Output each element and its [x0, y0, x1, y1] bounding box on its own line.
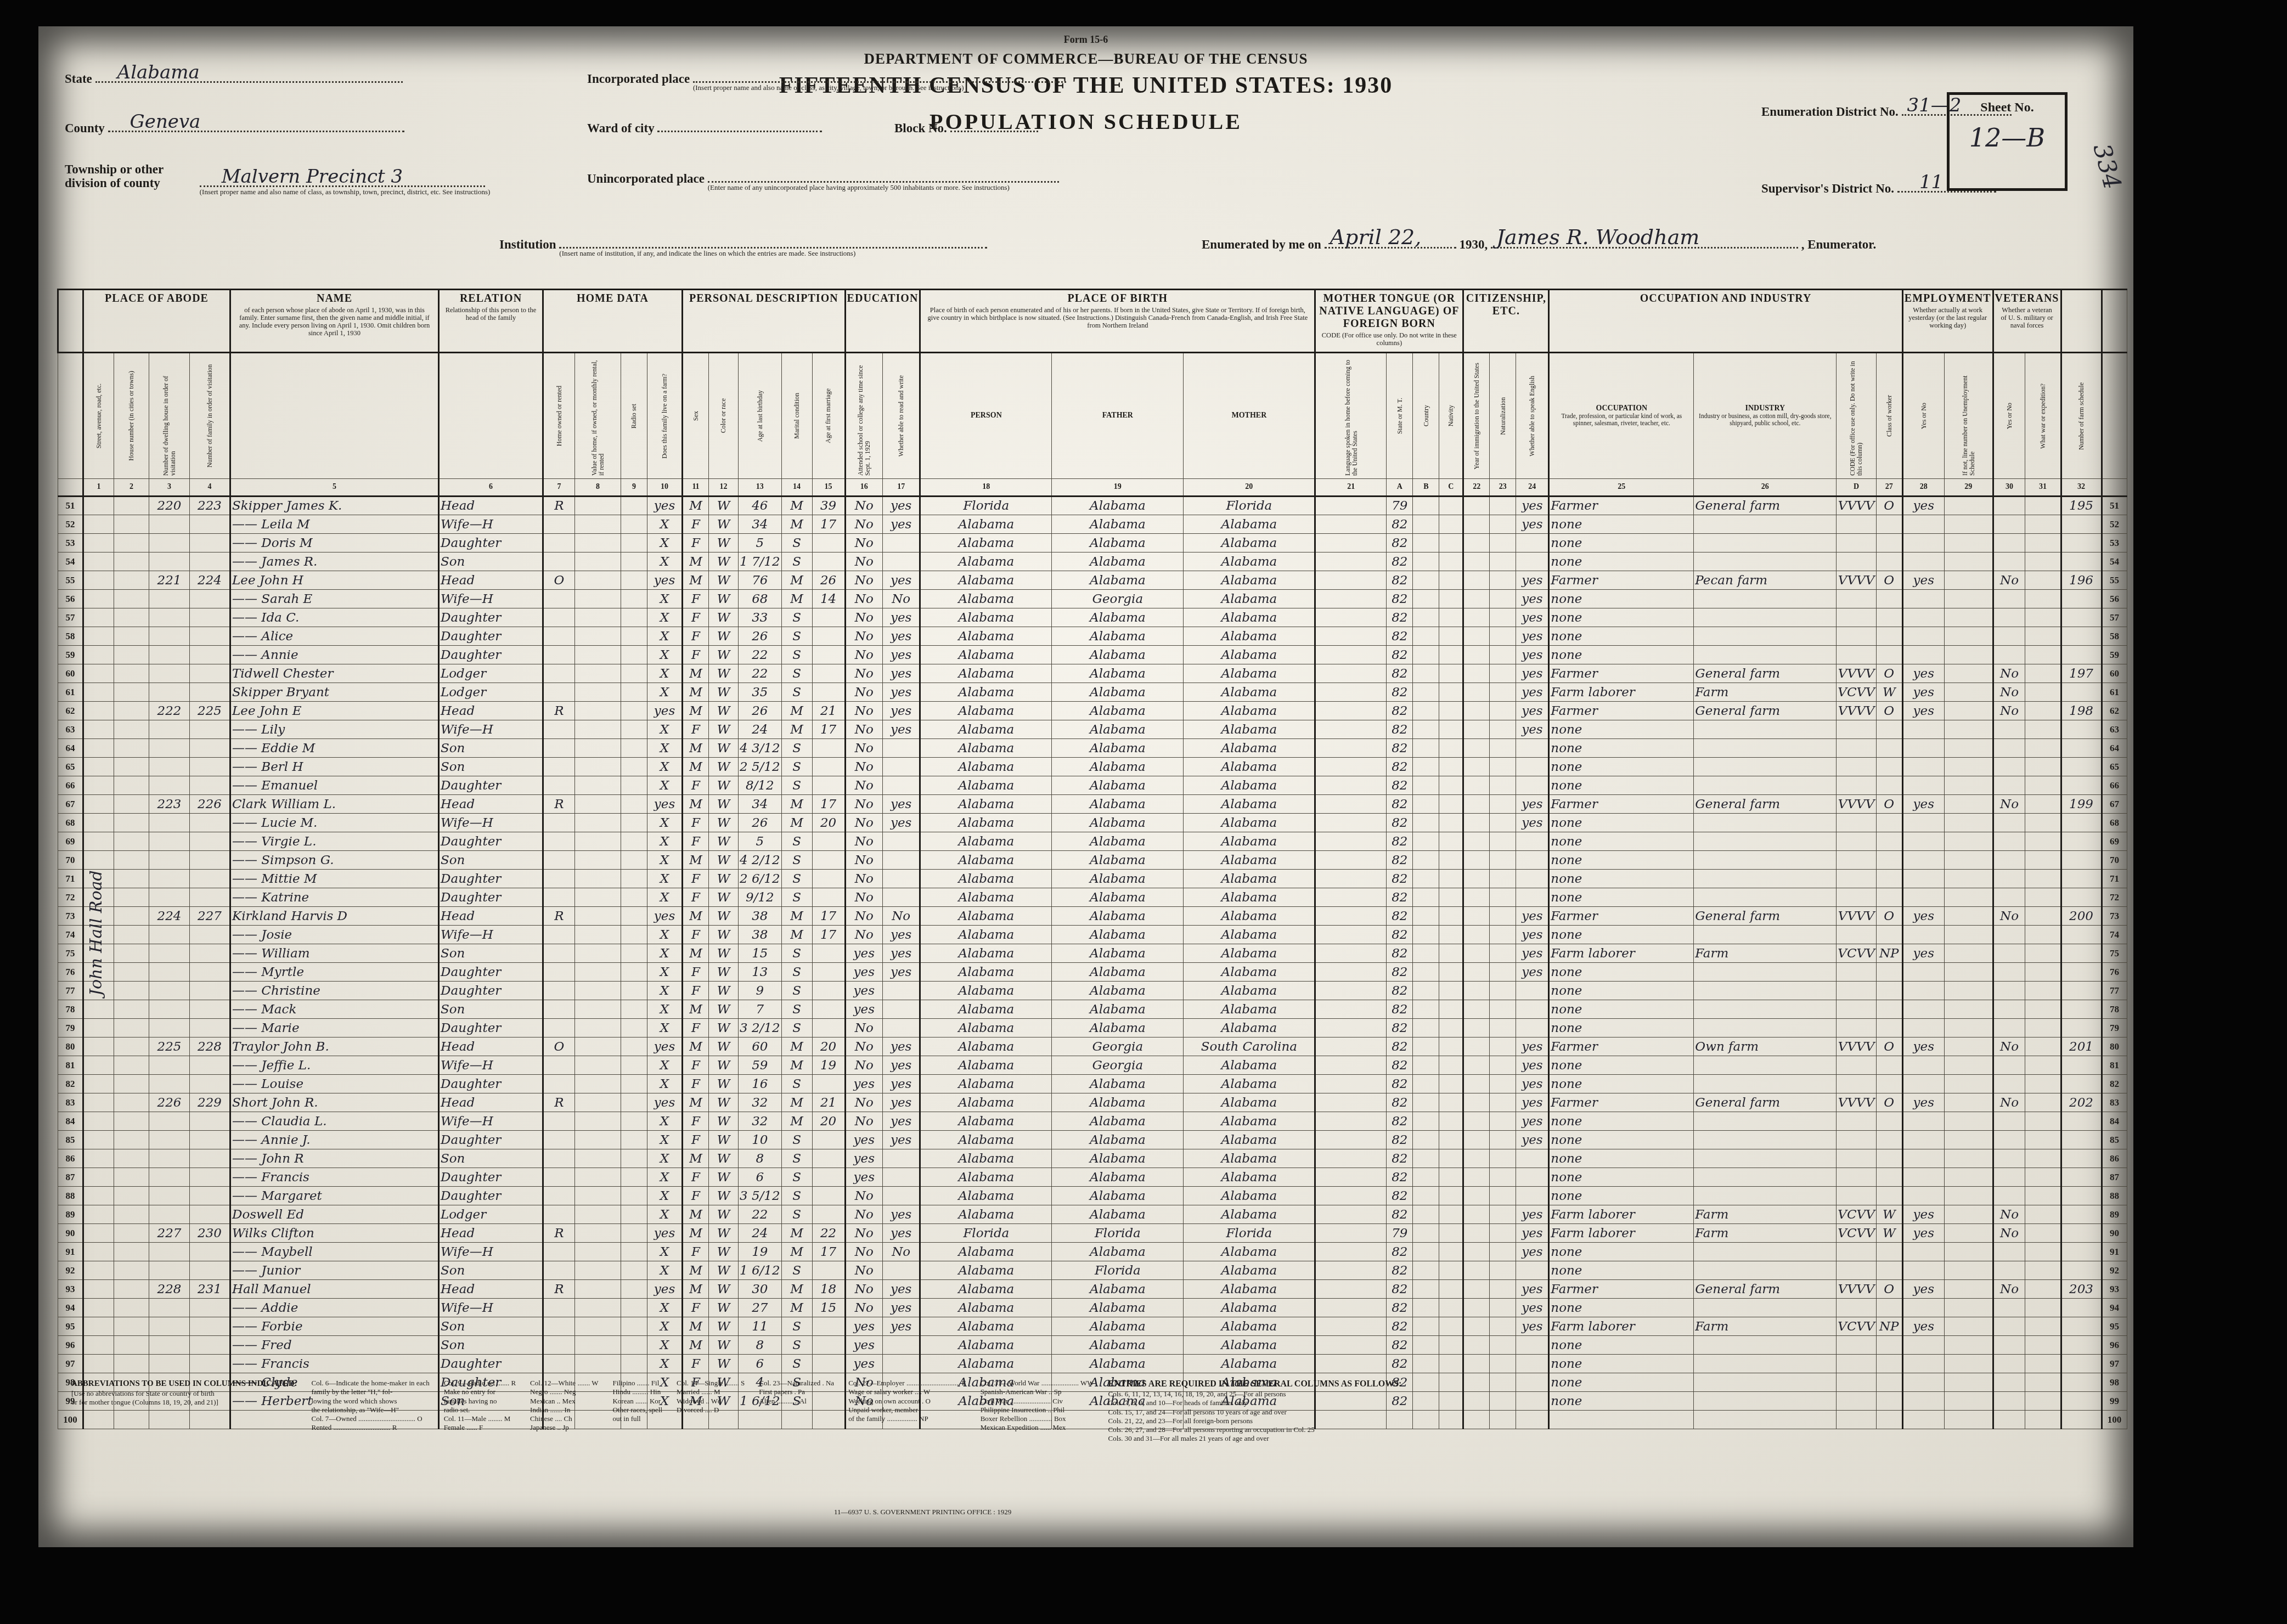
cell-value	[575, 1131, 621, 1149]
cell-marital: S	[781, 739, 812, 758]
township-field: Township or other division of county Mal…	[65, 162, 548, 190]
cell-industry	[1694, 1299, 1837, 1317]
cell-street	[83, 1205, 114, 1224]
cell-veteran	[1993, 851, 2025, 870]
cell-veteran	[1993, 944, 2025, 963]
cell-language	[1315, 1075, 1387, 1093]
cell-read_write	[882, 739, 920, 758]
cell-unemp_line	[1944, 1149, 1993, 1168]
cell-sex: F	[683, 1056, 709, 1075]
cell-pob_mother: Alabama	[1184, 795, 1315, 814]
cell-farm: X	[647, 963, 683, 982]
cell-veteran: No	[1993, 1224, 2025, 1243]
cell-radio	[621, 963, 647, 982]
cell-code_c	[1439, 1019, 1463, 1037]
table-row: 91—— MaybellWife—HXFW19M17NoNoAlabamaAla…	[58, 1243, 2127, 1261]
cell-school: No	[845, 702, 882, 720]
cell-code_d: VCVV	[1837, 1224, 1876, 1243]
cell-code_c	[1439, 1075, 1463, 1093]
cell-english	[1516, 552, 1549, 571]
cell-class	[1876, 515, 1902, 534]
cell-ln: 81	[58, 1056, 83, 1075]
cell-unemp_line	[1944, 1000, 1993, 1019]
cell-age: 10	[739, 1131, 782, 1149]
column-header-war: What war or expedition?	[2025, 353, 2061, 479]
cell-school: No	[845, 552, 882, 571]
cell-english	[1516, 888, 1549, 907]
cell-english	[1516, 832, 1549, 851]
cell-veteran: No	[1993, 702, 2025, 720]
cell-pob: Alabama	[920, 1000, 1052, 1019]
cell-year_imm	[1463, 571, 1490, 590]
cell-value	[575, 963, 621, 982]
cell-farm: X	[647, 776, 683, 795]
cell-code_d	[1837, 1056, 1876, 1075]
cell-class	[1876, 963, 1902, 982]
cell-code_a: 82	[1387, 1000, 1413, 1019]
cell-radio	[621, 1131, 647, 1149]
cell-owned	[543, 1131, 575, 1149]
column-number-7: 7	[543, 479, 575, 497]
cell-owned: O	[543, 1037, 575, 1056]
cell-marital: S	[781, 1131, 812, 1149]
cell-street	[83, 1261, 114, 1280]
cell-age_married	[812, 646, 845, 664]
column-header-radio: Radio set	[621, 353, 647, 479]
cell-dwelling	[149, 1317, 190, 1336]
column-number-row: 123456789101112131415161718192021ABC2223…	[58, 479, 2127, 497]
group-header: OCCUPATION AND INDUSTRY	[1549, 290, 1902, 353]
cell-language	[1315, 795, 1387, 814]
cell-name: —— Virgie L.	[230, 832, 439, 851]
cell-race: W	[709, 1317, 739, 1336]
cell-pob_father: Alabama	[1052, 1243, 1184, 1261]
cell-pob_mother: Alabama	[1184, 1243, 1315, 1261]
cell-class	[1876, 1000, 1902, 1019]
cell-year_imm	[1463, 1149, 1490, 1168]
cell-farm: X	[647, 1019, 683, 1037]
column-number-B: B	[1413, 479, 1439, 497]
cell-naturalization	[1490, 1149, 1516, 1168]
cell-marital: M	[781, 814, 812, 832]
cell-family	[190, 888, 230, 907]
cell-relation: Head	[439, 497, 543, 515]
cell-code_c	[1439, 888, 1463, 907]
cell-code_b	[1413, 1000, 1439, 1019]
column-number-A: A	[1387, 479, 1413, 497]
cell-unemp_line	[1944, 832, 1993, 851]
cell-pob: Florida	[920, 497, 1052, 515]
cell-pob_mother: Alabama	[1184, 720, 1315, 739]
cell-farm: X	[647, 944, 683, 963]
cell-sex: F	[683, 515, 709, 534]
cell-farm_sched: 202	[2061, 1093, 2102, 1112]
cell-family: 228	[190, 1037, 230, 1056]
cell-code_b	[1413, 926, 1439, 944]
cell-value	[575, 683, 621, 702]
cell-naturalization	[1490, 702, 1516, 720]
cell-street	[83, 1075, 114, 1093]
cell-race: W	[709, 814, 739, 832]
cell-farm_sched	[2061, 1261, 2102, 1280]
cell-race: W	[709, 926, 739, 944]
cell-industry	[1694, 758, 1837, 776]
cell-veteran	[1993, 814, 2025, 832]
cell-family	[190, 1056, 230, 1075]
cell-farm: X	[647, 534, 683, 552]
cell-code_b	[1413, 534, 1439, 552]
cell-ln: 76	[58, 963, 83, 982]
cell-read_write: yes	[882, 926, 920, 944]
cell-house	[114, 1261, 149, 1280]
cell-read_write: No	[882, 590, 920, 608]
cell-war	[2025, 1299, 2061, 1317]
cell-street	[83, 1149, 114, 1168]
cell-relation: Daughter	[439, 776, 543, 795]
cell-ln2: 56	[2102, 590, 2127, 608]
cell-ln: 83	[58, 1093, 83, 1112]
cell-street	[83, 1056, 114, 1075]
cell-language	[1315, 664, 1387, 683]
cell-war	[2025, 683, 2061, 702]
cell-school: yes	[845, 1317, 882, 1336]
cell-code_a: 82	[1387, 758, 1413, 776]
cell-dwelling	[149, 1187, 190, 1205]
cell-occupation: none	[1549, 1000, 1694, 1019]
cell-name: —— Sarah E	[230, 590, 439, 608]
column-number-C: C	[1439, 479, 1463, 497]
cell-read_write: No	[882, 907, 920, 926]
cell-worked	[1902, 534, 1944, 552]
cell-farm_sched	[2061, 1149, 2102, 1168]
cell-farm: X	[647, 758, 683, 776]
cell-code_d	[1837, 1261, 1876, 1280]
cell-pob_father: Alabama	[1052, 608, 1184, 627]
cell-naturalization	[1490, 608, 1516, 627]
column-header-dwelling: Number of dwelling house in order of vis…	[149, 353, 190, 479]
cell-age_married	[812, 739, 845, 758]
cell-street	[83, 627, 114, 646]
cell-code_a: 82	[1387, 534, 1413, 552]
cell-language	[1315, 963, 1387, 982]
cell-pob_mother: Alabama	[1184, 776, 1315, 795]
cell-owned	[543, 1112, 575, 1131]
cell-radio	[621, 1056, 647, 1075]
cell-code_a: 82	[1387, 944, 1413, 963]
cell-code_b	[1413, 702, 1439, 720]
column-header-sex: Sex	[683, 353, 709, 479]
cell-house	[114, 1056, 149, 1075]
cell-ln2: 98	[2102, 1373, 2127, 1392]
cell-dwelling	[149, 814, 190, 832]
cell-war	[2025, 1037, 2061, 1056]
cell-industry	[1694, 1075, 1837, 1093]
cell-value	[575, 1019, 621, 1037]
cell-relation: Daughter	[439, 534, 543, 552]
cell-code_a: 82	[1387, 1280, 1413, 1299]
cell-street	[83, 1243, 114, 1261]
cell-ln2: 70	[2102, 851, 2127, 870]
cell-language	[1315, 1056, 1387, 1075]
cell-sex: F	[683, 720, 709, 739]
cell-language	[1315, 1280, 1387, 1299]
cell-war	[2025, 590, 2061, 608]
cell-class: W	[1876, 1224, 1902, 1243]
cell-dwelling	[149, 1075, 190, 1093]
cell-war	[2025, 664, 2061, 683]
cell-occupation: none	[1549, 1336, 1694, 1355]
cell-farm_sched	[2061, 1075, 2102, 1093]
cell-naturalization	[1490, 1224, 1516, 1243]
cell-industry	[1694, 926, 1837, 944]
cell-war	[2025, 571, 2061, 590]
column-header-ln	[58, 353, 83, 479]
cell-radio	[621, 590, 647, 608]
cell-worked	[1902, 982, 1944, 1000]
cell-house	[114, 1037, 149, 1056]
cell-worked	[1902, 832, 1944, 851]
cell-marital: M	[781, 702, 812, 720]
cell-ln: 75	[58, 944, 83, 963]
cell-occupation: none	[1549, 832, 1694, 851]
cell-value	[575, 552, 621, 571]
cell-unemp_line	[1944, 1056, 1993, 1075]
cell-owned	[543, 1056, 575, 1075]
cell-pob_father: Alabama	[1052, 926, 1184, 944]
cell-english	[1516, 1355, 1549, 1373]
column-number-8: 8	[575, 479, 621, 497]
cell-language	[1315, 1299, 1387, 1317]
cell-code_a: 82	[1387, 720, 1413, 739]
cell-relation: Wife—H	[439, 720, 543, 739]
cell-owned	[543, 664, 575, 683]
cell-code_a: 82	[1387, 795, 1413, 814]
cell-relation: Daughter	[439, 832, 543, 851]
cell-ln: 59	[58, 646, 83, 664]
cell-age: 46	[739, 497, 782, 515]
cell-ln2: 51	[2102, 497, 2127, 515]
column-header-code_d: CODE (For office use only. Do not write …	[1837, 353, 1876, 479]
cell-read_write: yes	[882, 702, 920, 720]
cell-age: 32	[739, 1112, 782, 1131]
cell-farm: X	[647, 646, 683, 664]
ward-field: Ward of city	[587, 114, 822, 136]
cell-marital: S	[781, 870, 812, 888]
cell-race: W	[709, 1299, 739, 1317]
unincorporated-field: Unincorporated place (Enter name of any …	[587, 165, 1059, 186]
cell-pob_father: Alabama	[1052, 776, 1184, 795]
cell-code_c	[1439, 1000, 1463, 1019]
cell-pob_father: Alabama	[1052, 832, 1184, 851]
cell-owned	[543, 926, 575, 944]
cell-pob: Alabama	[920, 534, 1052, 552]
cell-war	[2025, 944, 2061, 963]
cell-occupation: none	[1549, 963, 1694, 982]
cell-veteran	[1993, 1019, 2025, 1037]
cell-code_b	[1413, 627, 1439, 646]
cell-street	[83, 571, 114, 590]
cell-pob_mother: Alabama	[1184, 1299, 1315, 1317]
cell-language	[1315, 982, 1387, 1000]
cell-school: No	[845, 497, 882, 515]
cell-pob_father: Alabama	[1052, 1000, 1184, 1019]
cell-dwelling	[149, 888, 190, 907]
cell-family	[190, 627, 230, 646]
column-number-28: 28	[1902, 479, 1944, 497]
enumeration-date: April 22,	[1330, 225, 1422, 249]
cell-value	[575, 627, 621, 646]
cell-language	[1315, 944, 1387, 963]
cell-dwelling	[149, 1205, 190, 1224]
cell-relation: Son	[439, 1317, 543, 1336]
cell-school: yes	[845, 1168, 882, 1187]
cell-house	[114, 944, 149, 963]
cell-unemp_line	[1944, 534, 1993, 552]
cell-unemp_line	[1944, 851, 1993, 870]
cell-ln: 63	[58, 720, 83, 739]
cell-unemp_line	[1944, 888, 1993, 907]
cell-language	[1315, 776, 1387, 795]
cell-unemp_line	[1944, 758, 1993, 776]
cell-school: yes	[845, 1000, 882, 1019]
cell-war	[2025, 1261, 2061, 1280]
cell-marital: S	[781, 1336, 812, 1355]
cell-farm_sched	[2061, 832, 2102, 851]
cell-industry	[1694, 1336, 1837, 1355]
cell-age: 26	[739, 627, 782, 646]
cell-farm: X	[647, 1187, 683, 1205]
cell-owned	[543, 1187, 575, 1205]
column-number-ln2	[2102, 479, 2127, 497]
cell-marital: M	[781, 720, 812, 739]
cell-language	[1315, 590, 1387, 608]
cell-war	[2025, 627, 2061, 646]
cell-code_d	[1837, 814, 1876, 832]
cell-code_c	[1439, 758, 1463, 776]
cell-worked: yes	[1902, 571, 1944, 590]
cell-radio	[621, 1261, 647, 1280]
cell-ln: 78	[58, 1000, 83, 1019]
cell-code_a: 82	[1387, 1131, 1413, 1149]
cell-name: Wilks Clifton	[230, 1224, 439, 1243]
cell-relation: Wife—H	[439, 1056, 543, 1075]
cell-race: W	[709, 552, 739, 571]
cell-sex: F	[683, 1019, 709, 1037]
cell-ln2: 99	[2102, 1392, 2127, 1411]
cell-war	[2025, 832, 2061, 851]
cell-naturalization	[1490, 515, 1516, 534]
cell-war	[2025, 608, 2061, 627]
cell-dwelling	[149, 1149, 190, 1168]
cell-house	[114, 608, 149, 627]
cell-name: Skipper Bryant	[230, 683, 439, 702]
cell-marital: M	[781, 926, 812, 944]
cell-sex: F	[683, 1168, 709, 1187]
table-row: 95—— ForbieSonXMW11SyesyesAlabamaAlabama…	[58, 1317, 2127, 1336]
cell-farm_sched	[2061, 758, 2102, 776]
cell-read_write: yes	[882, 1075, 920, 1093]
cell-school: No	[845, 590, 882, 608]
cell-owned	[543, 608, 575, 627]
cell-code_a: 82	[1387, 1019, 1413, 1037]
column-number-17: 17	[882, 479, 920, 497]
cell-house	[114, 851, 149, 870]
cell-ln2: 85	[2102, 1131, 2127, 1149]
cell-marital: S	[781, 1355, 812, 1373]
cell-language	[1315, 1336, 1387, 1355]
cell-dwelling	[149, 832, 190, 851]
cell-year_imm	[1463, 1000, 1490, 1019]
column-header-english: Whether able to speak English	[1516, 353, 1549, 479]
cell-house	[114, 963, 149, 982]
footer-block: Col. 31—World War ..................... …	[981, 1379, 1094, 1433]
cell-pob: Alabama	[920, 739, 1052, 758]
cell-year_imm	[1463, 646, 1490, 664]
cell-pob: Alabama	[920, 1205, 1052, 1224]
cell-occupation: none	[1549, 1112, 1694, 1131]
table-row: 71—— Mittie MDaughterXFW2 6/12SNoAlabama…	[58, 870, 2127, 888]
cell-sex: F	[683, 534, 709, 552]
margin-number: 334	[2088, 140, 2127, 192]
cell-value	[575, 664, 621, 683]
cell-war	[2025, 1093, 2061, 1112]
cell-language	[1315, 888, 1387, 907]
cell-english	[1516, 739, 1549, 758]
column-number-10: 10	[647, 479, 683, 497]
cell-unemp_line	[1944, 1355, 1993, 1373]
cell-farm: X	[647, 1355, 683, 1373]
cell-family	[190, 1261, 230, 1280]
cell-race: W	[709, 664, 739, 683]
cell-industry	[1694, 739, 1837, 758]
ed-label: Enumeration District No.	[1761, 105, 1899, 119]
cell-age_married	[812, 1149, 845, 1168]
cell-code_d	[1837, 534, 1876, 552]
cell-sex: F	[683, 1187, 709, 1205]
cell-code_d	[1837, 608, 1876, 627]
cell-class	[1876, 926, 1902, 944]
cell-radio	[621, 1280, 647, 1299]
cell-owned: O	[543, 571, 575, 590]
cell-farm: X	[647, 888, 683, 907]
cell-english: yes	[1516, 1037, 1549, 1056]
cell-class: O	[1876, 664, 1902, 683]
cell-code_a: 79	[1387, 497, 1413, 515]
cell-year_imm	[1463, 1355, 1490, 1373]
cell-dwelling	[149, 739, 190, 758]
cell-house	[114, 1336, 149, 1355]
cell-naturalization	[1490, 720, 1516, 739]
cell-radio	[621, 1075, 647, 1093]
cell-value	[575, 702, 621, 720]
cell-unemp_line	[1944, 870, 1993, 888]
cell-unemp_line	[1944, 1131, 1993, 1149]
cell-farm_sched: 201	[2061, 1037, 2102, 1056]
cell-family	[190, 590, 230, 608]
cell-ln2: 74	[2102, 926, 2127, 944]
table-row: 85—— Annie J.DaughterXFW10SyesyesAlabama…	[58, 1131, 2127, 1149]
table-row: 72—— KatrineDaughterXFW9/12SNoAlabamaAla…	[58, 888, 2127, 907]
column-number-26: 26	[1694, 479, 1837, 497]
cell-language	[1315, 497, 1387, 515]
column-number-19: 19	[1052, 479, 1184, 497]
cell-language	[1315, 758, 1387, 776]
cell-language	[1315, 1131, 1387, 1149]
cell-year_imm	[1463, 552, 1490, 571]
cell-name: —— Katrine	[230, 888, 439, 907]
cell-ln2: 53	[2102, 534, 2127, 552]
schedule-table: PLACE OF ABODENAMEof each person whose p…	[57, 289, 2127, 1429]
